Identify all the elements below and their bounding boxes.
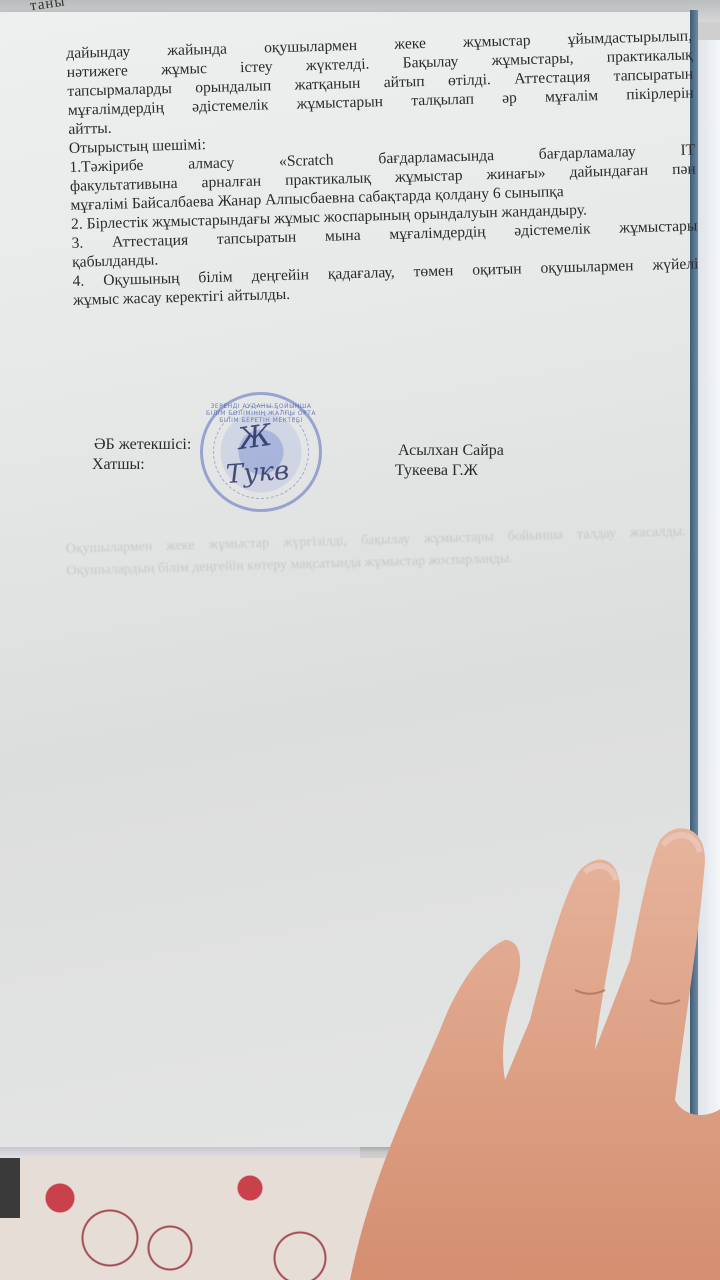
secretary-name: Тукеева Г.Ж bbox=[395, 462, 478, 480]
head-signature: Ж bbox=[236, 418, 274, 457]
hand-image bbox=[330, 800, 720, 1280]
head-label: ӘБ жетекшісі: bbox=[94, 436, 191, 454]
dark-corner bbox=[0, 1158, 20, 1218]
secretary-label: Хатшы: bbox=[92, 456, 145, 474]
head-name: Асылхан Сайра bbox=[398, 442, 504, 460]
secretary-signature: Тукв bbox=[225, 456, 290, 490]
document-body: дайындау жайында оқушылармен жеке жұмыст… bbox=[66, 27, 699, 310]
